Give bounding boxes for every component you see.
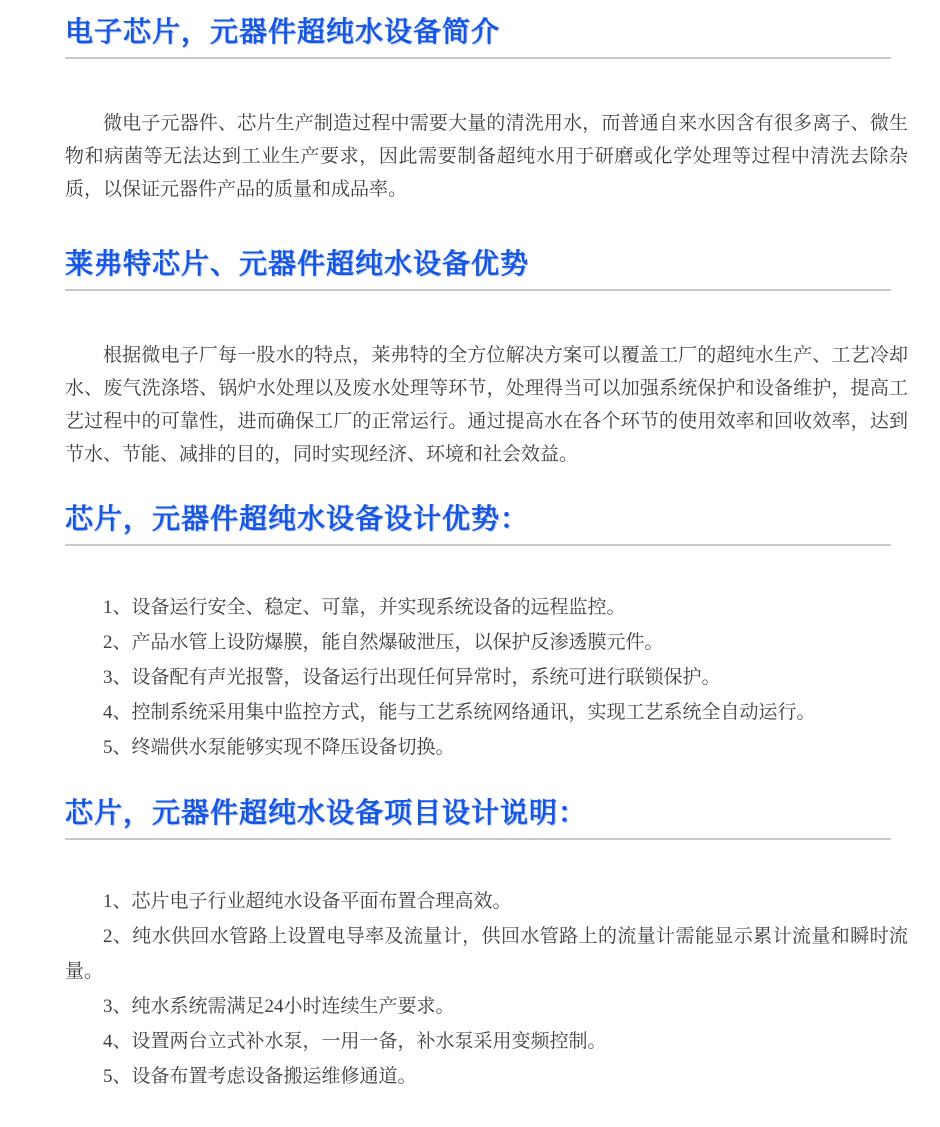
heading-divider [65,544,891,546]
section-project-notes: 芯片，元器件超纯水设备项目设计说明： 1、芯片电子行业超纯水设备平面布置合理高效… [65,795,908,1094]
list-item: 2、纯水供回水管路上设置电导率及流量计，供回水管路上的流量计需能显示累计流量和瞬… [65,919,908,989]
list-item: 1、芯片电子行业超纯水设备平面布置合理高效。 [65,884,908,919]
heading-divider [65,57,891,59]
section-advantages-heading: 莱弗特芯片、元器件超纯水设备优势 [65,246,908,282]
section-design-advantages-heading: 芯片，元器件超纯水设备设计优势： [65,501,908,537]
list-item: 4、控制系统采用集中监控方式，能与工艺系统网络通讯，实现工艺系统全自动运行。 [65,695,908,730]
list-item: 1、设备运行安全、稳定、可靠，并实现系统设备的远程监控。 [65,590,908,625]
heading-divider [65,838,891,840]
list-item: 3、纯水系统需满足24小时连续生产要求。 [65,989,908,1024]
list-item: 5、终端供水泵能够实现不降压设备切换。 [65,730,908,765]
article-page: 电子芯片，元器件超纯水设备简介 微电子元器件、芯片生产制造过程中需要大量的清洗用… [65,0,908,1094]
list-item: 4、设置两台立式补水泵，一用一备，补水泵采用变频控制。 [65,1024,908,1059]
heading-divider [65,289,891,291]
design-advantages-list: 1、设备运行安全、稳定、可靠，并实现系统设备的远程监控。 2、产品水管上设防爆膜… [65,590,908,765]
section-advantages-paragraph: 根据微电子厂每一股水的特点，莱弗特的全方位解决方案可以覆盖工厂的超纯水生产、工艺… [65,339,908,471]
section-design-advantages: 芯片，元器件超纯水设备设计优势： 1、设备运行安全、稳定、可靠，并实现系统设备的… [65,501,908,765]
list-item: 2、产品水管上设防爆膜，能自然爆破泄压，以保护反渗透膜元件。 [65,625,908,660]
section-intro-heading: 电子芯片，元器件超纯水设备简介 [65,14,908,50]
section-intro-paragraph: 微电子元器件、芯片生产制造过程中需要大量的清洗用水，而普通自来水因含有很多离子、… [65,107,908,206]
section-project-notes-heading: 芯片，元器件超纯水设备项目设计说明： [65,795,908,831]
list-item: 3、设备配有声光报警，设备运行出现任何异常时，系统可进行联锁保护。 [65,660,908,695]
section-advantages: 莱弗特芯片、元器件超纯水设备优势 根据微电子厂每一股水的特点，莱弗特的全方位解决… [65,246,908,471]
section-intro: 电子芯片，元器件超纯水设备简介 微电子元器件、芯片生产制造过程中需要大量的清洗用… [65,14,908,206]
list-item: 5、设备布置考虑设备搬运维修通道。 [65,1059,908,1094]
project-notes-list: 1、芯片电子行业超纯水设备平面布置合理高效。 2、纯水供回水管路上设置电导率及流… [65,884,908,1094]
